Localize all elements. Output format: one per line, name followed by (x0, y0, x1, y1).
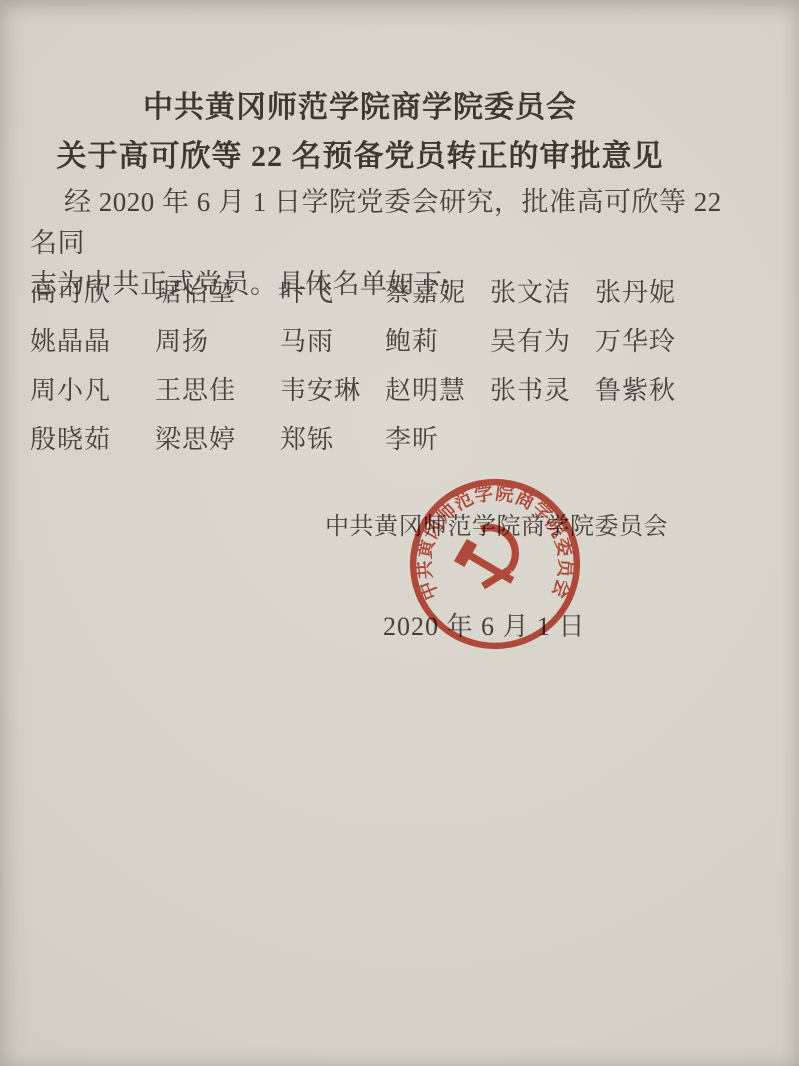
hammer-sickle-icon (459, 528, 515, 586)
member-name: 马雨 (280, 321, 385, 358)
member-name: 郑铄 (280, 419, 385, 456)
member-name: 高可欣 (30, 272, 155, 309)
member-name: 李昕 (385, 419, 490, 456)
member-name: 韦安琳 (280, 370, 385, 407)
member-name: 赵明慧 (385, 370, 490, 407)
member-name: 张书灵 (490, 370, 595, 407)
official-seal: 中共黄冈师范学院商学院委员会 (403, 472, 587, 656)
member-name: 张文洁 (490, 272, 595, 309)
member-name: 殷晓茹 (30, 419, 155, 456)
member-name: 王思佳 (155, 370, 280, 407)
member-name: 梁思婷 (155, 419, 280, 456)
member-name: 鲍莉 (385, 321, 490, 358)
document-title: 中共黄冈师范学院商学院委员会 (0, 82, 720, 126)
member-name: 周小凡 (30, 370, 155, 407)
paper-document: 中共黄冈师范学院商学院委员会 关于高可欣等 22 名预备党员转正的审批意见 经 … (0, 0, 799, 1066)
document-subtitle: 关于高可欣等 22 名预备党员转正的审批意见 (0, 131, 720, 175)
member-name: 叶飞 (280, 272, 385, 309)
svg-text:中共黄冈师范学院商学院委员会: 中共黄冈师范学院商学院委员会 (411, 480, 578, 603)
member-name: 姚晶晶 (30, 321, 155, 358)
member-name: 周扬 (155, 321, 280, 358)
body-line-1: 经 2020 年 6 月 1 日学院党委会研究，批准高可欣等 22 名同 (30, 182, 742, 264)
member-name-list: 高可欣 琚怡堃 叶飞 蔡嘉妮 张文洁 张丹妮 姚晶晶 周扬 马雨 鲍莉 吴有为 … (30, 266, 770, 462)
member-name: 蔡嘉妮 (385, 272, 490, 309)
member-name: 鲁紫秋 (595, 370, 705, 407)
seal-ring-text: 中共黄冈师范学院商学院委员会 (411, 480, 578, 603)
member-name: 琚怡堃 (155, 272, 280, 309)
official-seal-graphic: 中共黄冈师范学院商学院委员会 (403, 472, 587, 656)
member-name: 万华玲 (595, 321, 705, 358)
member-name: 张丹妮 (595, 272, 705, 309)
member-name: 吴有为 (490, 321, 595, 358)
